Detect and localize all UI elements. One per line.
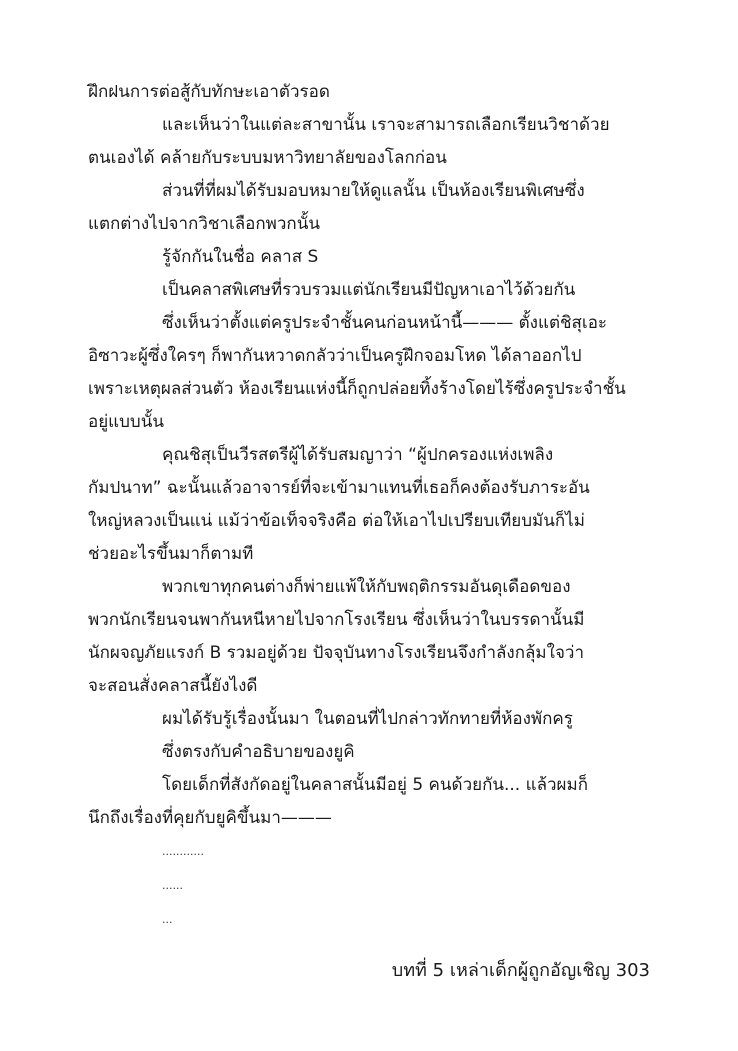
text-line: ช่วยอะไรขึ้นมาก็ตามที <box>88 538 652 571</box>
ellipsis-line: ...... <box>88 869 652 903</box>
ellipsis-line: ............ <box>88 835 652 869</box>
text-line: เป็นคลาสพิเศษที่รวบรวมแต่นักเรียนมีปัญหา… <box>88 274 652 307</box>
text-line: ใหญ่หลวงเป็นแน่ แม้ว่าข้อเท็จจริงคือ ต่อ… <box>88 505 652 538</box>
text-line: แตกต่างไปจากวิชาเลือกพวกนั้น <box>88 208 652 241</box>
text-line: นักผจญภัยแรงก์ B รวมอยู่ด้วย ปัจจุบันทาง… <box>88 637 652 670</box>
text-line: ผมได้รับรู้เรื่องนั้นมา ในตอนที่ไปกล่าวท… <box>88 703 652 736</box>
text-line: กัมปนาท” ฉะนั้นแล้วอาจารย์ที่จะเข้ามาแทน… <box>88 472 652 505</box>
text-line: ซึ่งเห็นว่าตั้งแต่ครูประจำชั้นคนก่อนหน้า… <box>88 307 652 340</box>
text-line: รู้จักกันในชื่อ คลาส S <box>88 241 652 274</box>
page-footer: บทที่ 5 เหล่าเด็กผู้ถูกอัญเชิญ 303 <box>392 955 650 984</box>
page-body: ฝึกฝนการต่อสู้กับทักษะเอาตัวรอด และเห็นว… <box>88 76 652 937</box>
text-line: ซึ่งตรงกับคำอธิบายของยูคิ <box>88 736 652 769</box>
text-line: อยู่แบบนั้น <box>88 406 652 439</box>
text-line: พวกเขาทุกคนต่างก็พ่ายแพ้ให้กับพฤติกรรมอั… <box>88 571 652 604</box>
text-line: และเห็นว่าในแต่ละสาขานั้น เราจะสามารถเลื… <box>88 109 652 142</box>
text-line: เพราะเหตุผลส่วนตัว ห้องเรียนแห่งนี้ก็ถูก… <box>88 373 652 406</box>
text-line: พวกนักเรียนจนพากันหนีหายไปจากโรงเรียน ซึ… <box>88 604 652 637</box>
text-line: นึกถึงเรื่องที่คุยกับยูคิขึ้นมา——— <box>88 802 652 835</box>
text-line: จะสอนสั่งคลาสนี้ยังไงดี <box>88 670 652 703</box>
text-line: ตนเองได้ คล้ายกับระบบมหาวิทยาลัยของโลกก่… <box>88 142 652 175</box>
text-line: โดยเด็กที่สังกัดอยู่ในคลาสนั้นมีอยู่ 5 ค… <box>88 769 652 802</box>
ellipsis-line: ... <box>88 903 652 937</box>
text-line: อิซาวะผู้ซึ่งใครๆ ก็พากันหวาดกลัวว่าเป็น… <box>88 340 652 373</box>
text-line: ฝึกฝนการต่อสู้กับทักษะเอาตัวรอด <box>88 76 652 109</box>
text-line: ส่วนที่ที่ผมได้รับมอบหมายให้ดูแลนั้น เป็… <box>88 175 652 208</box>
text-line: คุณชิสุเป็นวีรสตรีผู้ได้รับสมญาว่า “ผู้ป… <box>88 439 652 472</box>
